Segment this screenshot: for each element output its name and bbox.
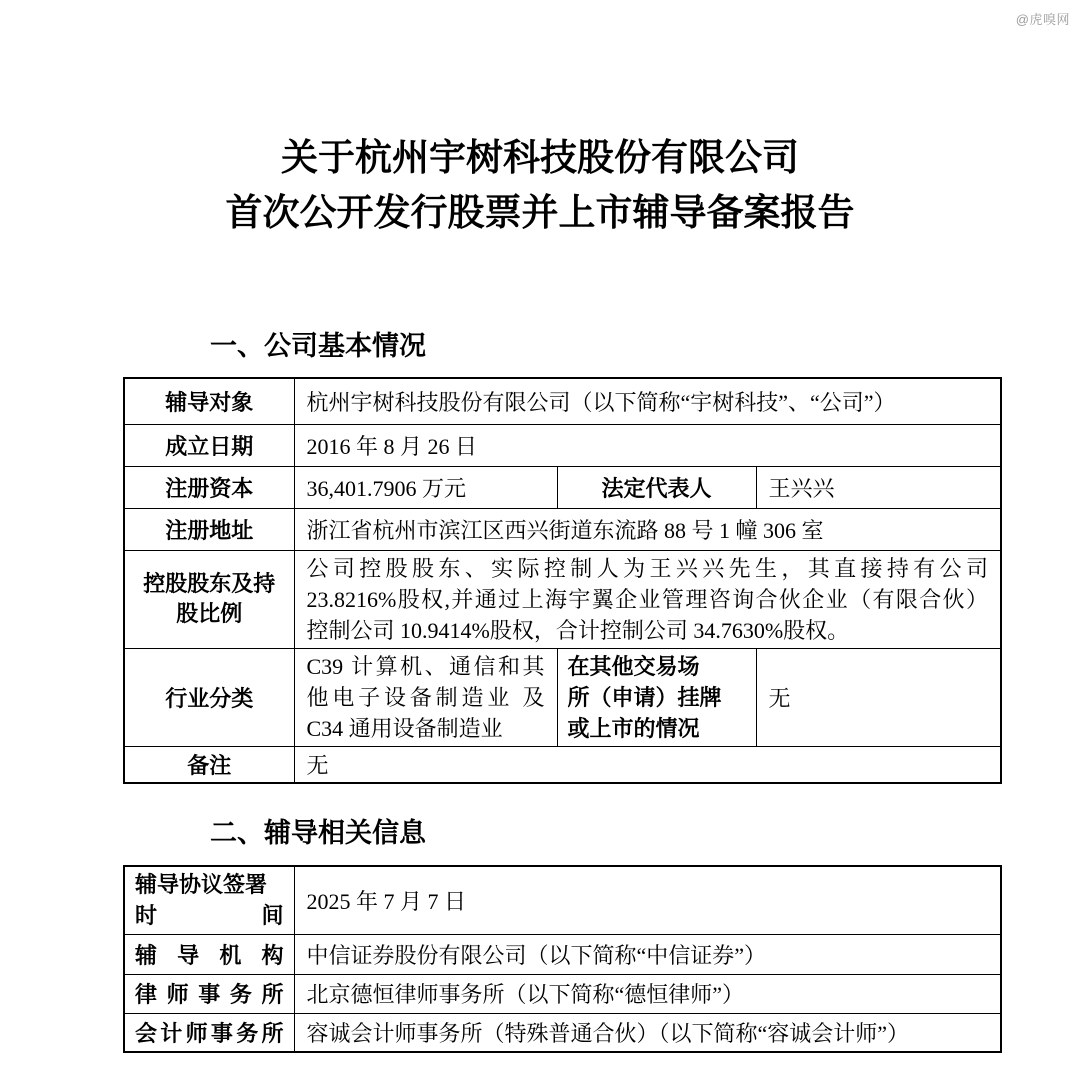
watermark: @虎嗅网 — [1016, 9, 1070, 28]
row-value: C39 计算机、通信和其 他电子设备制造业 及 C34 通用设备制造业 — [294, 648, 557, 746]
row-value: 无 — [756, 648, 1001, 746]
title-line-1: 关于杭州宇树科技股份有限公司 — [0, 130, 1080, 185]
document-page: @虎嗅网 关于杭州宇树科技股份有限公司 首次公开发行股票并上市辅导备案报告 一、… — [0, 0, 1080, 1090]
table-row: 控股股东及持 股比例 公司控股股东、实际控制人为王兴兴先生，其直接持有公司 23… — [124, 550, 1001, 648]
row-label: 成立日期 — [124, 424, 294, 466]
document-title: 关于杭州宇树科技股份有限公司 首次公开发行股票并上市辅导备案报告 — [0, 130, 1080, 240]
row-value: 36,401.7906 万元 — [294, 466, 557, 508]
table-row: 会计师事务所 容诚会计师事务所（特殊普通合伙）（以下简称“容诚会计师”） — [124, 1013, 1001, 1052]
table-row: 注册资本 36,401.7906 万元 法定代表人 王兴兴 — [124, 466, 1001, 508]
row-label: 行业分类 — [124, 648, 294, 746]
section-heading-counseling-info: 二、辅导相关信息 — [210, 811, 426, 850]
counseling-info-table: 辅导协议签署 时间 2025 年 7 月 7 日 辅导机构 中信证券股份有限公司… — [123, 865, 1002, 1053]
row-value: 容诚会计师事务所（特殊普通合伙）（以下简称“容诚会计师”） — [294, 1013, 1001, 1052]
row-value: 北京德恒律师事务所（以下简称“德恒律师”） — [294, 974, 1001, 1013]
table-row: 成立日期 2016 年 8 月 26 日 — [124, 424, 1001, 466]
row-value: 无 — [294, 746, 1001, 783]
row-label: 法定代表人 — [557, 466, 756, 508]
row-label: 备注 — [124, 746, 294, 783]
row-label: 辅导对象 — [124, 378, 294, 424]
table-row: 辅导协议签署 时间 2025 年 7 月 7 日 — [124, 866, 1001, 934]
table-row: 辅导对象 杭州宇树科技股份有限公司（以下简称“宇树科技”、“公司”） — [124, 378, 1001, 424]
row-label: 在其他交易场 所（申请）挂牌 或上市的情况 — [557, 648, 756, 746]
section-heading-company-basics: 一、公司基本情况 — [210, 324, 426, 363]
row-label: 会计师事务所 — [124, 1013, 294, 1052]
row-label: 律师事务所 — [124, 974, 294, 1013]
row-value: 公司控股股东、实际控制人为王兴兴先生，其直接持有公司 23.8216%股权,并通… — [294, 550, 1001, 648]
row-label: 注册资本 — [124, 466, 294, 508]
row-label: 辅导机构 — [124, 934, 294, 974]
company-basics-table: 辅导对象 杭州宇树科技股份有限公司（以下简称“宇树科技”、“公司”） 成立日期 … — [123, 377, 1002, 784]
row-value: 浙江省杭州市滨江区西兴街道东流路 88 号 1 幢 306 室 — [294, 508, 1001, 550]
table-row: 行业分类 C39 计算机、通信和其 他电子设备制造业 及 C34 通用设备制造业… — [124, 648, 1001, 746]
row-label: 辅导协议签署 时间 — [124, 866, 294, 934]
row-value: 中信证券股份有限公司（以下简称“中信证券”） — [294, 934, 1001, 974]
title-line-2: 首次公开发行股票并上市辅导备案报告 — [0, 185, 1080, 240]
table-row: 备注 无 — [124, 746, 1001, 783]
table-row: 律师事务所 北京德恒律师事务所（以下简称“德恒律师”） — [124, 974, 1001, 1013]
row-label: 注册地址 — [124, 508, 294, 550]
row-value: 2016 年 8 月 26 日 — [294, 424, 1001, 466]
table-row: 辅导机构 中信证券股份有限公司（以下简称“中信证券”） — [124, 934, 1001, 974]
row-label: 控股股东及持 股比例 — [124, 550, 294, 648]
table-row: 注册地址 浙江省杭州市滨江区西兴街道东流路 88 号 1 幢 306 室 — [124, 508, 1001, 550]
row-value: 杭州宇树科技股份有限公司（以下简称“宇树科技”、“公司”） — [294, 378, 1001, 424]
row-value: 王兴兴 — [756, 466, 1001, 508]
row-value: 2025 年 7 月 7 日 — [294, 866, 1001, 934]
